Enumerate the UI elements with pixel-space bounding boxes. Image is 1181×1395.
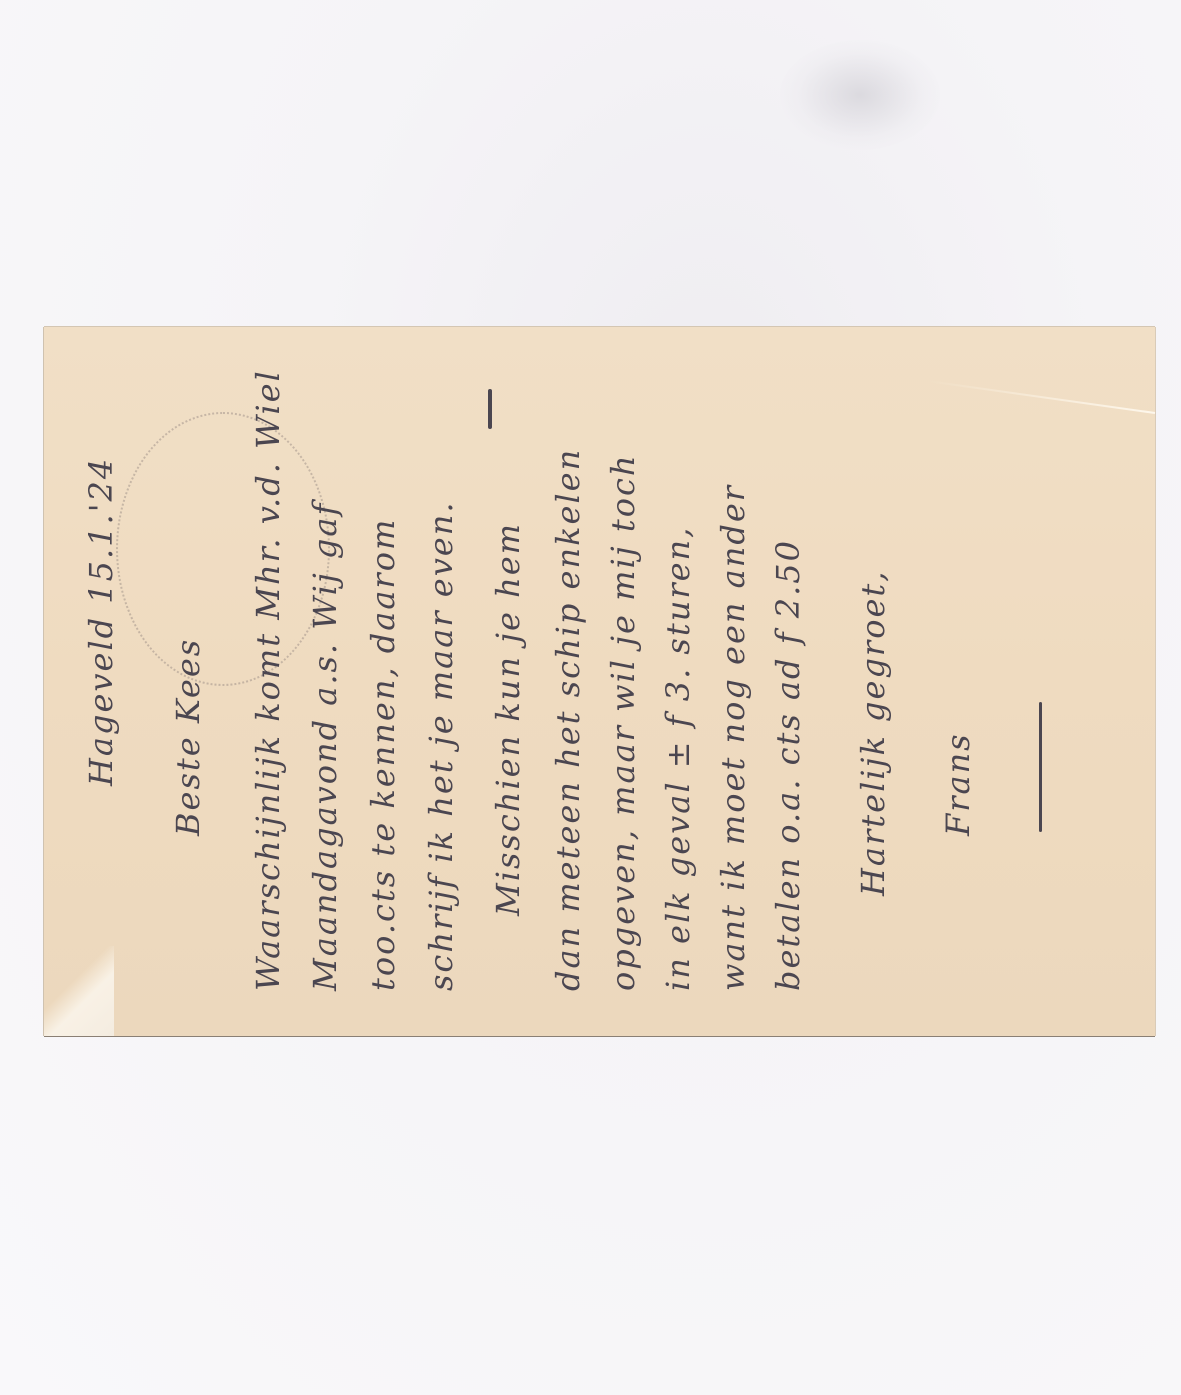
body-line: dan meteen het schip enkelen <box>549 448 587 991</box>
crease <box>927 380 1155 414</box>
postcard: Hageveld 15.1.'24 Beste Kees Waarschijnl… <box>44 327 1155 1036</box>
postmark-stamp <box>116 412 330 686</box>
body-line: betalen o.a. cts ad f 2.50 <box>769 539 807 991</box>
signature-underline <box>1039 702 1042 832</box>
body-line: Misschien kun je hem <box>489 522 527 916</box>
body-line: in elk geval ± f 3. sturen, <box>659 526 697 991</box>
body-line: Waarschijnlijk komt Mhr. v.d. Wiel <box>249 369 287 991</box>
body-line: opgeven, maar wil je mij toch <box>604 454 642 992</box>
body-line: too.cts te kennen, daarom <box>364 518 402 991</box>
body-line: want ik moet nog een ander <box>714 484 752 991</box>
closing: Hartelijk gegroet, <box>854 570 892 896</box>
place-date: Hageveld 15.1.'24 <box>82 457 120 786</box>
torn-corner <box>44 946 114 1036</box>
body-line: Maandagavond a.s. Wij gaf <box>306 502 344 991</box>
dash-mark <box>488 389 492 429</box>
body-line: schrijf ik het je maar even. <box>422 500 460 991</box>
salutation: Beste Kees <box>169 638 207 836</box>
signature: Frans <box>939 732 977 836</box>
scan-smudge <box>780 40 940 150</box>
